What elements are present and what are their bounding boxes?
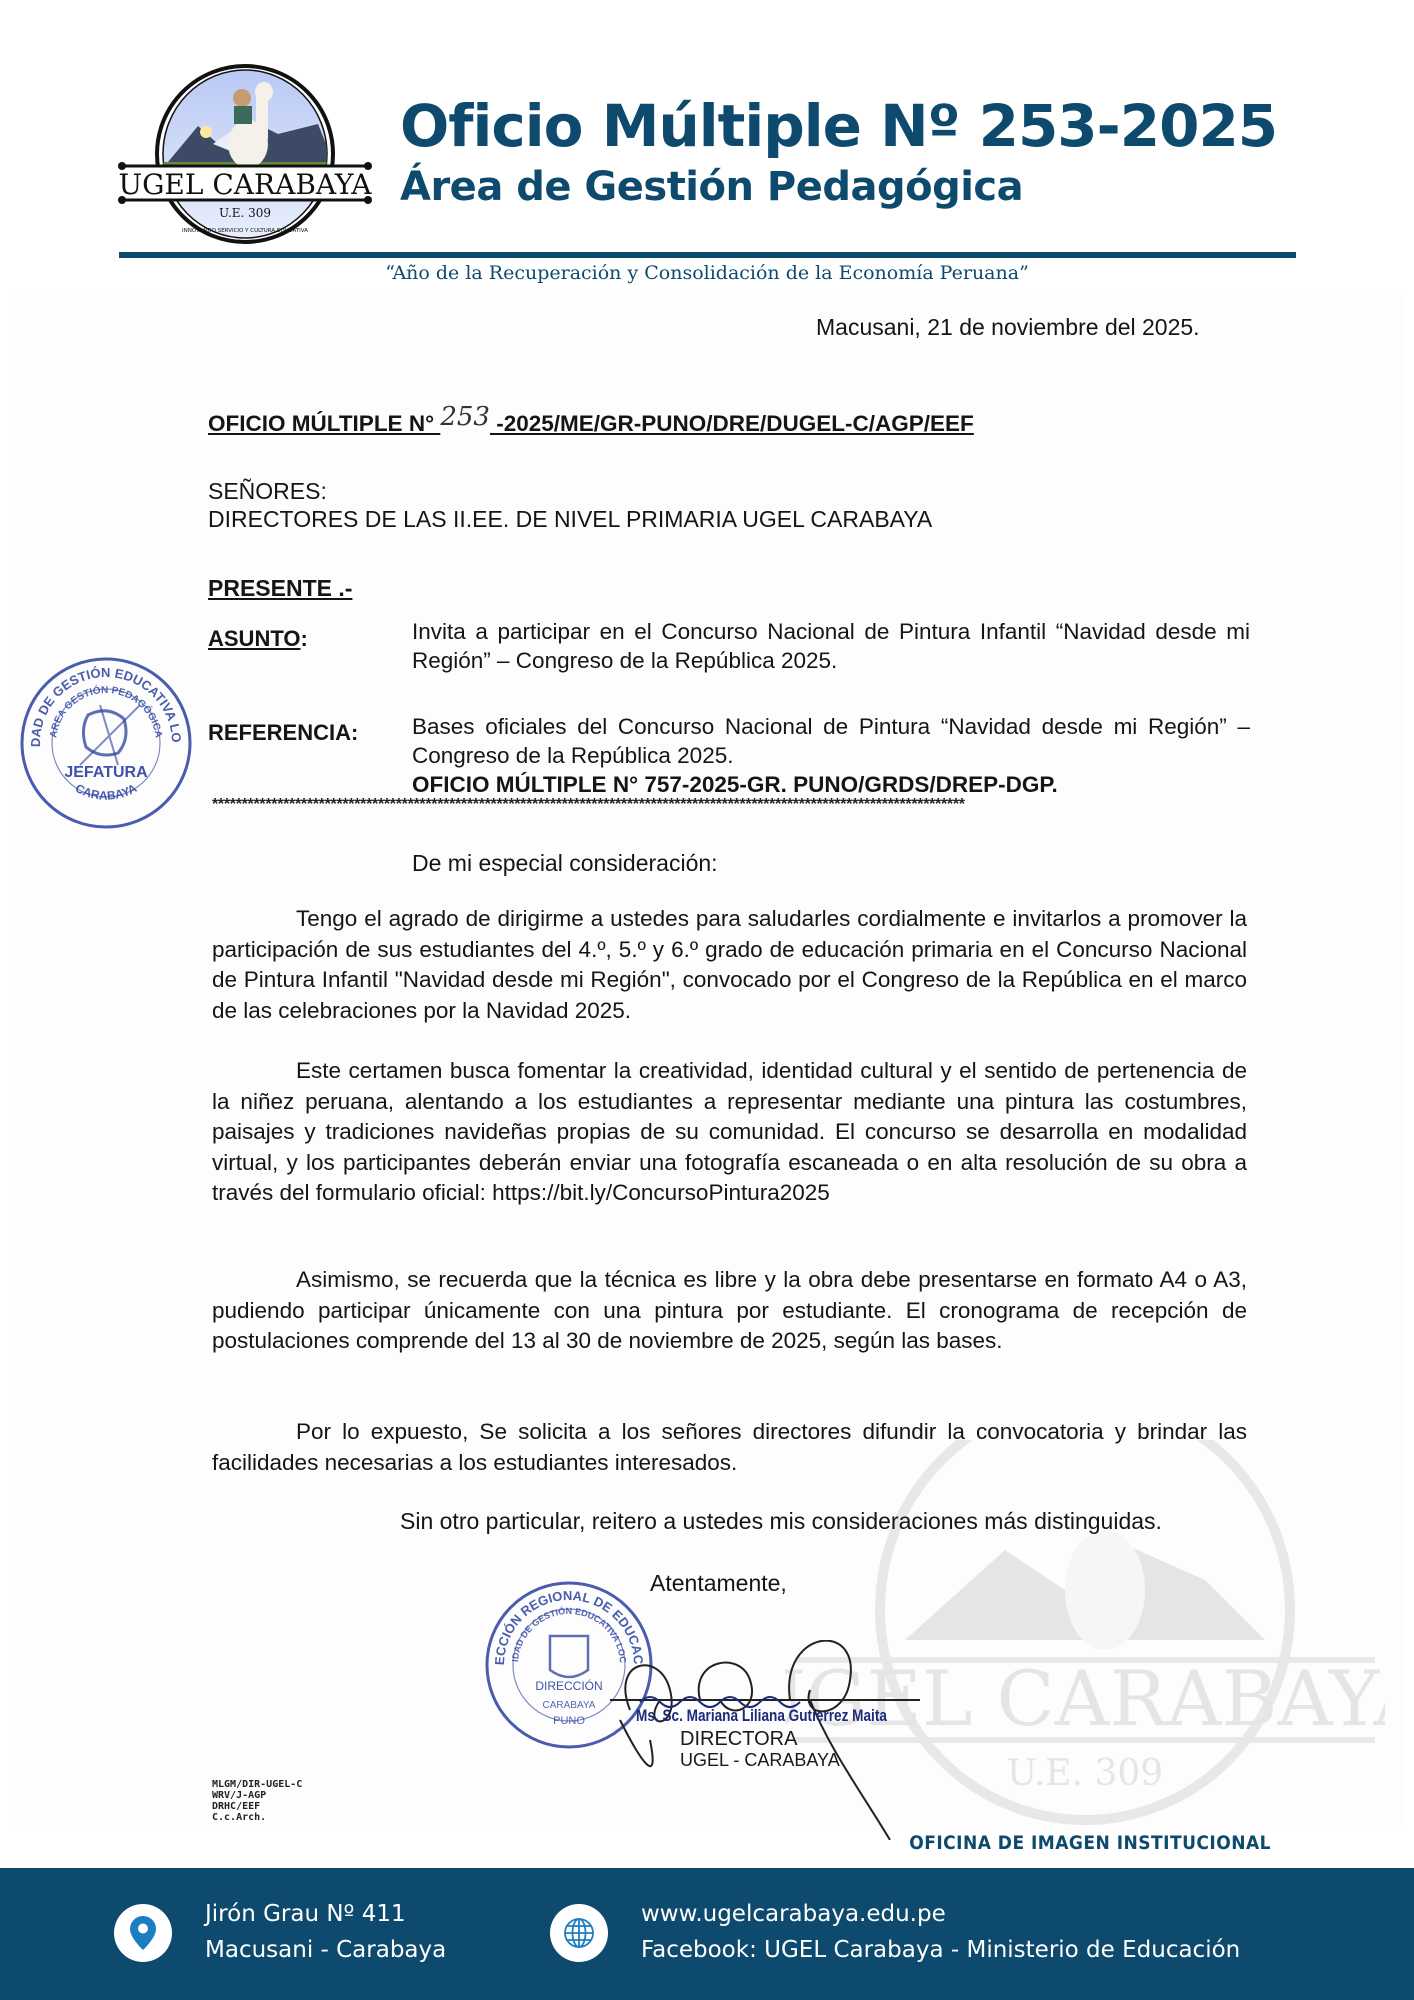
initials-line: MLGM/DIR-UGEL-C <box>212 1779 302 1790</box>
signatory-role: DIRECTORA <box>680 1728 797 1751</box>
asunto-label: ASUNTO: <box>208 626 308 652</box>
svg-text:CARABAYA: CARABAYA <box>73 781 139 803</box>
asunto-text: Invita a participar en el Concurso Nacio… <box>412 617 1250 675</box>
page-title: Oficio Múltiple Nº 253-2025 <box>400 92 1277 160</box>
jefatura-stamp: UNIDAD DE GESTIÓN EDUCATIVA LOCAL AREA G… <box>18 655 194 831</box>
salutation: SEÑORES: <box>208 478 327 505</box>
svg-text:PUNO: PUNO <box>553 1715 585 1727</box>
facebook-link[interactable]: Facebook: UGEL Carabaya - Ministerio de … <box>641 1932 1240 1968</box>
address: Jirón Grau Nº 411 Macusani - Carabaya <box>205 1896 446 1968</box>
asunto-colon: : <box>301 626 308 652</box>
address-line: Macusani - Carabaya <box>205 1932 446 1968</box>
web-contacts: www.ugelcarabaya.edu.pe Facebook: UGEL C… <box>641 1896 1240 1968</box>
initials-line: DRHC/EEF <box>212 1801 302 1812</box>
body-paragraph: Tengo el agrado de dirigirme a ustedes p… <box>212 904 1247 1026</box>
year-motto: “Año de la Recuperación y Consolidación … <box>0 262 1414 284</box>
address-line: Jirón Grau Nº 411 <box>205 1896 446 1932</box>
referencia-bases: Bases oficiales del Concurso Nacional de… <box>412 714 1250 768</box>
body-paragraph: Por lo expuesto, Se solicita a los señor… <box>212 1417 1247 1478</box>
svg-text:U.E. 309: U.E. 309 <box>219 206 271 220</box>
asunto-label-text: ASUNTO <box>208 626 301 651</box>
svg-text:DIRECCIÓN: DIRECCIÓN <box>535 1678 602 1693</box>
greeting: De mi especial consideración: <box>412 850 718 877</box>
oficio-prefix: OFICIO MÚLTIPLE N° <box>208 411 440 436</box>
referencia-text: Bases oficiales del Concurso Nacional de… <box>412 712 1250 799</box>
signatory-name: Ms. Sc. Mariana Liliana Gutierrez Maita <box>636 1706 887 1726</box>
referencia-label: REFERENCIA: <box>208 720 358 746</box>
presente-label: PRESENTE .- <box>208 575 352 602</box>
svg-text:JEFATURA: JEFATURA <box>64 764 148 781</box>
initials-line: WRV/J-AGP <box>212 1790 302 1801</box>
handwritten-number: 253 <box>440 402 490 432</box>
oficio-suffix: -2025/ME/GR-PUNO/DRE/DUGEL-C/AGP/EEF <box>490 411 974 436</box>
office-label: OFICINA DE IMAGEN INSTITUCIONAL <box>909 1832 1271 1854</box>
svg-text:CARABAYA: CARABAYA <box>543 1700 596 1711</box>
body-paragraph: Asimismo, se recuerda que la técnica es … <box>212 1265 1247 1357</box>
svg-text:U.E. 309: U.E. 309 <box>1007 1753 1163 1794</box>
website-link[interactable]: www.ugelcarabaya.edu.pe <box>641 1896 1240 1932</box>
svg-text:INNOVANDO SERVICIO Y CULTURA E: INNOVANDO SERVICIO Y CULTURA EDUCATIVA <box>182 228 308 234</box>
recipients: DIRECTORES DE LAS II.EE. DE NIVEL PRIMAR… <box>208 506 932 533</box>
svg-text:UGEL CARABAYA: UGEL CARABAYA <box>118 168 372 201</box>
letter-date: Macusani, 21 de noviembre del 2025. <box>816 314 1200 341</box>
signatory-org: UGEL - CARABAYA <box>680 1750 840 1771</box>
document-page: UGEL CARABAYA U.E. 309 INNOVANDO SERVICI… <box>0 0 1414 2000</box>
referencia-oficio: OFICIO MÚLTIPLE N° 757-2025-GR. PUNO/GRD… <box>412 770 1250 799</box>
location-pin-icon <box>114 1904 172 1962</box>
ugel-carabaya-logo: UGEL CARABAYA U.E. 309 INNOVANDO SERVICI… <box>118 64 372 244</box>
reference-initials: MLGM/DIR-UGEL-C WRV/J-AGP DRHC/EEF C.c.A… <box>212 1779 302 1823</box>
separator-line: ****************************************… <box>212 796 1247 814</box>
header-divider <box>119 252 1296 258</box>
body-paragraph: Este certamen busca fomentar la creativi… <box>212 1056 1247 1209</box>
initials-line: C.c.Arch. <box>212 1812 302 1823</box>
page-subtitle: Área de Gestión Pedagógica <box>400 164 1023 210</box>
globe-icon <box>550 1904 608 1962</box>
oficio-reference-number: OFICIO MÚLTIPLE N° 253 -2025/ME/GR-PUNO/… <box>208 408 974 438</box>
sign-off: Atentamente, <box>650 1570 787 1597</box>
closing-line: Sin otro particular, reitero a ustedes m… <box>400 1508 1162 1535</box>
footer: Jirón Grau Nº 411 Macusani - Carabaya ww… <box>0 1868 1414 2000</box>
